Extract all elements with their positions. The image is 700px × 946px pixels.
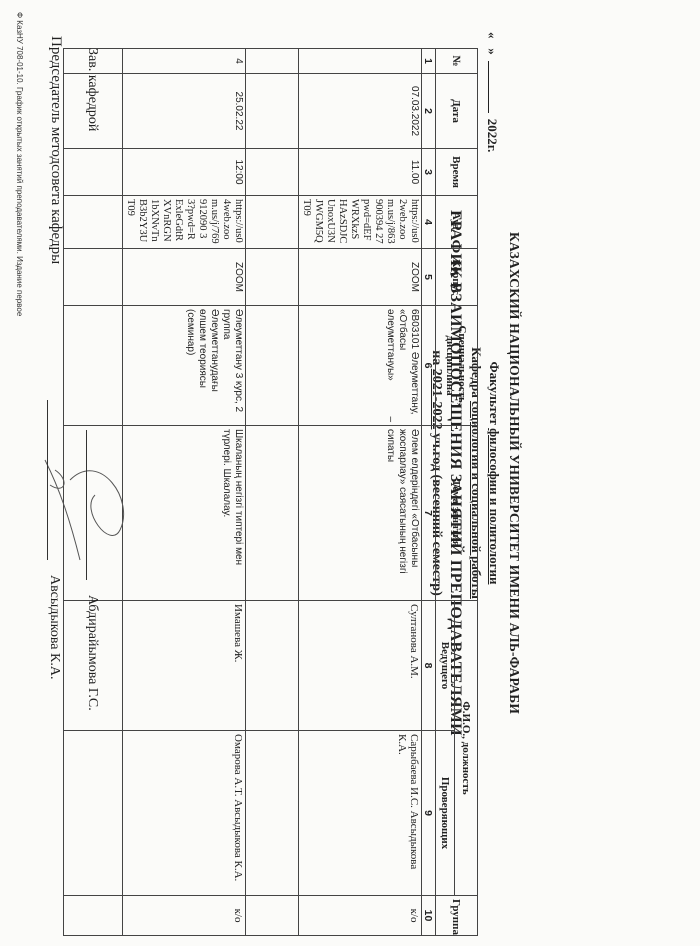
cell-empty: [246, 74, 299, 149]
cell-building: ZOOM: [123, 249, 246, 306]
header-date: Дата: [436, 74, 478, 149]
university-name: КАЗАХСКИЙ НАЦИОНАЛЬНЫЙ УНИВЕРСИТЕТ ИМЕНИ…: [506, 0, 522, 946]
cell-empty: [64, 896, 123, 936]
header-specialty: Специальность, дисциплина: [436, 306, 478, 426]
cell-empty: [64, 306, 123, 426]
col-num: 7: [422, 426, 436, 601]
col-num: 10: [422, 896, 436, 936]
cell-empty: [246, 731, 299, 896]
date-blank-line: [488, 61, 489, 113]
cell-specialty: 6B03101 Әлеуметтану, «Отбасы әлеуметтану…: [299, 306, 422, 426]
cell-checkers: Сарыбаева И.С. Авсыдыкова К.А.: [299, 731, 422, 896]
header-checkers: Проверяющих: [436, 731, 455, 896]
cell-specialty: Әлеуметтану 3 курс, 2 группа Әлеуметтану…: [123, 306, 246, 426]
cell-num: 4: [123, 49, 246, 74]
cell-lead: Султанова А.М.: [299, 601, 422, 731]
date-year: 2022г.: [485, 119, 500, 153]
faculty-name: философии и политологии: [487, 428, 502, 584]
cell-empty: [246, 601, 299, 731]
col-num: 6: [422, 306, 436, 426]
date-field: « »2022г.: [484, 32, 500, 152]
council-signature-line: [47, 400, 48, 560]
table-row-empty: [246, 49, 299, 936]
faculty-prefix: Факультет: [487, 362, 502, 425]
council-chair-label: Председатель методсовета кафедры: [47, 36, 64, 264]
table-row: 07.03.2022 11.00 https://us02web.zoom.us…: [299, 49, 422, 936]
cell-topic: Әлем елдеріндегі «Отбасыны жоспарлау» са…: [299, 426, 422, 601]
specialty-text: 6B03101 Әлеуметтану, «Отбасы әлеуметтану…: [385, 309, 420, 415]
header-time: Время: [436, 149, 478, 196]
cell-date: 25.02.22: [123, 74, 246, 149]
table-row: 4 25.02.22 12:00 https://us04web.zoom.us…: [123, 49, 246, 936]
quote-open: «: [485, 32, 500, 39]
cell-empty: [246, 196, 299, 249]
cell-group: к/о: [123, 896, 246, 936]
cell-building: ZOOM: [299, 249, 422, 306]
cell-time: 12:00: [123, 149, 246, 196]
cell-room-link[interactable]: https://us02web.zoom.us/j/863900394 27pw…: [299, 196, 422, 249]
cell-empty: [64, 149, 123, 196]
council-chair-name: Авсыдыкова К.А.: [46, 575, 62, 679]
cell-time: 11.00: [299, 149, 422, 196]
col-num: 8: [422, 601, 436, 731]
cell-room-link[interactable]: https://us04web.zoom.us/j/769912090 33?p…: [123, 196, 246, 249]
cell-group: к/о: [299, 896, 422, 936]
cell-empty: [246, 49, 299, 74]
table-header-row: № Дата Время Ауд. Корпус Специальность, …: [455, 49, 478, 936]
header-lead: Ведущего: [436, 601, 455, 731]
col-num: 5: [422, 249, 436, 306]
cell-num: [299, 49, 422, 74]
cell-lead: Имашева Ж.: [123, 601, 246, 731]
cell-date: 07.03.2022: [299, 74, 422, 149]
head-of-department-name: Абдирайымова Г.С.: [84, 595, 100, 711]
header-topic: Тема занятия: [436, 426, 478, 601]
col-num: 3: [422, 149, 436, 196]
cell-empty: [64, 196, 123, 249]
col-num: 4: [422, 196, 436, 249]
quote-close: »: [485, 48, 500, 55]
specialty-dash: –: [384, 416, 396, 422]
cell-empty: [246, 426, 299, 601]
document-page: КАЗАХСКИЙ НАЦИОНАЛЬНЫЙ УНИВЕРСИТЕТ ИМЕНИ…: [0, 0, 700, 946]
col-num: 9: [422, 731, 436, 896]
cell-empty: [246, 149, 299, 196]
header-room: Ауд.: [436, 196, 478, 249]
col-num: 1: [422, 49, 436, 74]
cell-empty: [64, 249, 123, 306]
form-footer: Ф КазНУ 708-01-10. График открытых занят…: [15, 12, 24, 316]
cell-topic: Шкаланың негізгі типтері мен түрлері. Шк…: [123, 426, 246, 601]
head-of-department-label: Зав. кафедрой: [84, 48, 100, 131]
header-num: №: [436, 49, 478, 74]
cell-empty: [64, 731, 123, 896]
cell-empty: [246, 249, 299, 306]
col-num: 2: [422, 74, 436, 149]
cell-empty: [246, 896, 299, 936]
header-group: Группа: [436, 896, 478, 936]
cell-checkers: Омарова А.Т. Авсыдыкова К.А.: [123, 731, 246, 896]
cell-empty: [246, 306, 299, 426]
column-number-row: 1 2 3 4 5 6 7 8 9 10: [422, 49, 436, 936]
header-fio: Ф.И.О., должность: [455, 601, 478, 896]
head-signature-line: [86, 430, 87, 580]
header-building: Корпус: [436, 249, 478, 306]
